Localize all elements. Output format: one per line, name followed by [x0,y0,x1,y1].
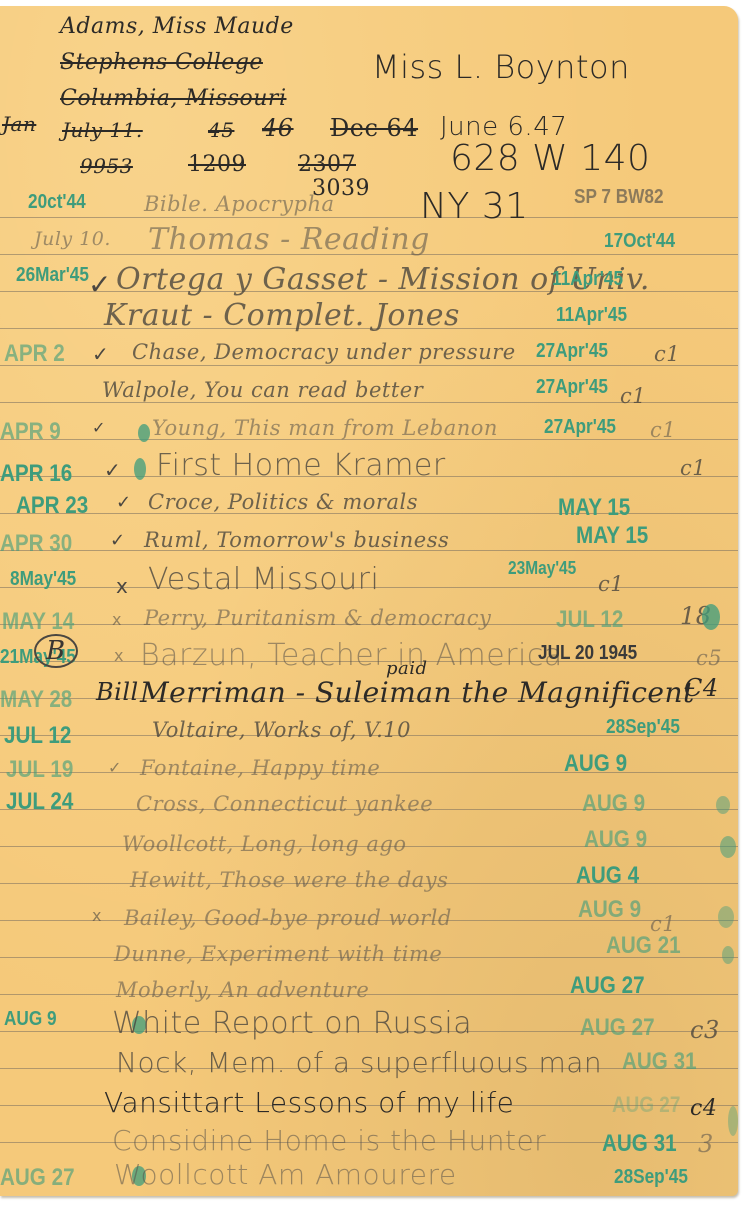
entry-title: Bible. Apocrypha [144,192,335,216]
borrower-name: Adams, Miss Maude [60,14,294,39]
right-date-stamp: 27Apr'45 [536,376,608,399]
number-9953: 9953 [80,154,133,178]
date-july: July 11. [62,118,143,142]
right-date-stamp: 27Apr'45 [544,416,616,439]
right-date-stamp: 28Sep'45 [606,716,680,739]
entry-title: Thomas - Reading [148,222,430,257]
left-date-stamp: APR 30 [0,530,72,558]
entry-title: Barzun, Teacher in America [140,638,563,673]
left-date-stamp: 26Mar'45 [16,264,89,287]
right-date-stamp: AUG 31 [622,1048,697,1076]
entry-title: Young, This man from Lebanon [152,416,498,440]
entry-title: Fontaine, Happy time [140,756,380,780]
entry-note: c1 [598,572,624,596]
left-date-stamp: JUL 12 [4,722,71,750]
left-date-stamp: JUL 24 [6,788,73,816]
date-46: 46 [262,114,294,142]
right-date-stamp: AUG 21 [606,932,681,960]
cross-mark-icon: x [92,906,101,925]
right-date-stamp: AUG 9 [582,790,645,818]
entry-title: Merriman - Suleiman the Magnificent [140,676,695,709]
left-date-stamp: JUL 19 [6,756,73,784]
cross-mark-icon: x [112,610,121,629]
right-date-stamp: AUG 4 [576,862,639,890]
right-date-stamp: MAY 15 [576,522,648,550]
number-1209: 1209 [188,152,246,177]
entry-title: Nock, Mem. of a superfluous man [116,1046,602,1079]
ink-blot [720,836,736,858]
right-date-stamp: MAY 15 [558,494,630,522]
entry-title: Moberly, An adventure [116,978,369,1002]
new-address-street: 628 W 140 [450,138,650,179]
ink-blot [722,946,734,964]
left-date-stamp: APR 2 [4,340,65,368]
entry-annotation-paid: paid [386,658,428,679]
right-date-stamp: AUG 27 [580,1014,655,1042]
entry-note: c3 [690,1016,720,1044]
right-date-stamp: AUG 31 [602,1130,677,1158]
entry-title: Bailey, Good-bye proud world [124,906,452,930]
right-date-stamp: AUG 9 [584,826,647,854]
ink-blot [716,796,730,814]
entry-note: c5 [696,646,722,670]
right-date-stamp: AUG 9 [564,750,627,778]
ink-blot [728,1106,738,1136]
left-date-stamp: AUG 9 [4,1008,57,1031]
check-mark-icon: ✓ [88,268,111,301]
left-date-stamp: 8May'45 [10,568,76,591]
entry-note: C4 [684,674,719,702]
circled-b-mark: B [34,634,78,668]
entry-title: Perry, Puritanism & democracy [144,606,491,630]
entry-note: c4 [690,1096,717,1121]
ruled-line [0,217,738,218]
borrower-institution: Stephens College [60,50,263,75]
entry-title: White Report on Russia [112,1006,472,1041]
entry-title: Voltaire, Works of, V.10 [152,718,411,742]
entry-title: Woollcott Am Amourere [114,1158,457,1191]
entry-title: Ruml, Tomorrow's business [144,528,449,552]
entry-title: Kraut - Complet. Jones [104,298,460,333]
entry-note: c1 [650,418,676,442]
right-date-stamp: 28Sep'45 [614,1166,688,1189]
right-date-stamp: JUL 20 1945 [538,642,637,665]
check-mark-icon: ✓ [104,458,121,482]
left-date-stamp: AUG 27 [0,1164,75,1192]
new-address-city: NY 31 [420,186,529,227]
ink-blot [702,604,720,630]
entry-title: First Home Kramer [156,448,446,483]
entry-note: c1 [680,456,706,480]
left-date-stamp: APR 16 [0,460,72,488]
right-date-stamp: 17Oct'44 [604,230,675,253]
right-date-stamp: AUG 27 [570,972,645,1000]
ruled-line [0,365,738,366]
ink-blot [134,458,146,480]
number-2307: 2307 [298,152,356,177]
ink-blot [718,906,734,928]
ink-blot [138,424,150,442]
entry-mark-bill: Bill [96,678,139,706]
entry-note: 3 [698,1130,714,1158]
check-mark-icon: ✓ [92,342,109,366]
right-date-stamp: JUL 12 [556,606,623,634]
entry-title: Considine Home is the Hunter [112,1124,546,1157]
left-date-stamp: MAY 14 [2,608,74,636]
entry-title: Vestal Missouri [148,562,379,597]
entry-note: c1 [654,342,680,366]
right-date-stamp: 23May'45 [508,558,576,579]
entry-title: Woollcott, Long, long ago [122,832,407,856]
entry-date-note: July 10. [34,228,111,250]
left-date-stamp: MAY 28 [0,686,72,714]
entry-title: Vansittart Lessons of my life [104,1086,514,1119]
check-mark-icon: ✓ [110,530,125,551]
entry-title: Chase, Democracy under pressure [132,340,516,364]
check-mark-icon: ✓ [108,758,121,777]
right-date-stamp: 11Apr'45 [556,304,627,327]
entry-title: Dunne, Experiment with time [114,942,442,966]
date-dec: Dec 64 [330,114,418,142]
entry-title: Croce, Politics & morals [148,490,418,514]
cross-mark-icon: x [116,574,128,598]
date-45: 45 [208,118,234,142]
check-mark-icon: ✓ [92,418,105,437]
right-date-stamp: AUG 27 [612,1092,680,1118]
date-jan: Jan [2,112,36,136]
right-date-stamp: 27Apr'45 [536,340,608,363]
library-card: Adams, Miss Maude Stephens College Colum… [0,6,738,1196]
left-date-stamp: APR 23 [16,492,88,520]
check-mark-icon: ✓ [116,492,131,513]
left-date-stamp: 20ct'44 [28,191,86,214]
stamp-code: SP 7 BW82 [574,186,664,209]
cross-mark-icon: x [114,646,123,665]
left-date-stamp: APR 9 [0,418,61,446]
borrower-location: Columbia, Missouri [60,86,286,111]
right-date-stamp: AUG 9 [578,896,641,924]
new-borrower-name: Miss L. Boynton [372,48,630,86]
entry-title: Hewitt, Those were the days [130,868,448,892]
entry-title: Walpole, You can read better [102,378,423,402]
right-date-stamp: 11Apr'45 [552,268,623,291]
entry-title: Cross, Connecticut yankee [136,792,433,816]
entry-note: c1 [620,384,646,408]
